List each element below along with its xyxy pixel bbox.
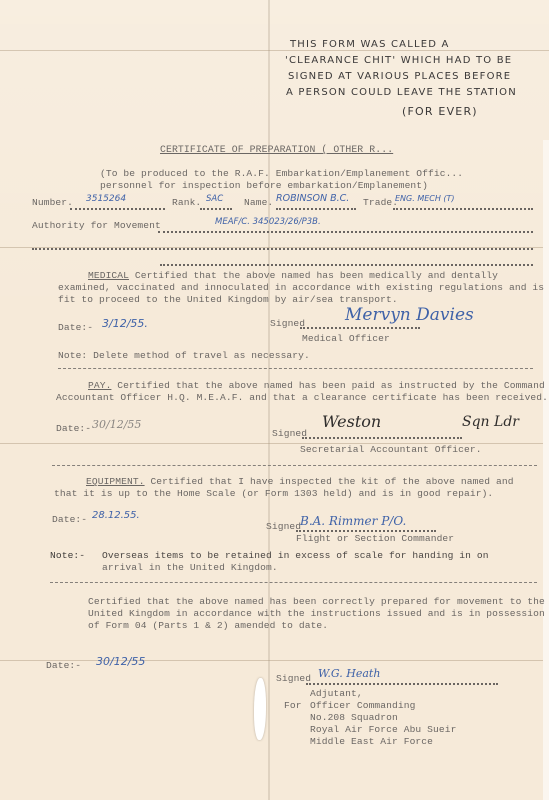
paper-edge [543, 140, 549, 800]
pay-line: Accountant Officer H.Q. M.E.A.F. and tha… [56, 392, 548, 403]
medical-date-label: Date:- [58, 322, 93, 333]
final-line: Certified that the above named has been … [88, 596, 545, 607]
trade-value: ENG. MECH (T) [395, 194, 455, 203]
medical-date-value: 3/12/55. [102, 317, 148, 330]
medical-role: Medical Officer [302, 333, 390, 344]
dotted-line [306, 683, 498, 685]
dotted-line [160, 264, 533, 266]
pay-heading: PAY. [88, 380, 111, 391]
pay-signature: Weston [322, 412, 381, 431]
for-label: For [284, 700, 302, 711]
equipment-paragraph: EQUIPMENT. Certified that I have inspect… [86, 476, 514, 487]
document-title: CERTIFICATE OF PREPARATION ( OTHER R... [160, 144, 393, 155]
name-label: Name. [244, 197, 273, 208]
subtitle-line: personnel for inspection before embarkat… [100, 180, 428, 191]
section-divider [58, 368, 533, 369]
section-divider [52, 465, 537, 466]
for-line: Middle East Air Force [310, 736, 433, 747]
paper-tear [254, 678, 266, 740]
pay-role: Secretarial Accountant Officer. [300, 444, 482, 455]
dotted-line [296, 530, 436, 532]
note-line: (FOR EVER) [402, 104, 478, 120]
medical-line: fit to proceed to the United Kingdom by … [58, 294, 398, 305]
equipment-date-value: 28.12.55. [92, 510, 140, 521]
name-value: ROBINSON B.C. [276, 193, 349, 204]
horizontal-fold-crease [0, 50, 549, 51]
medical-heading: MEDICAL [88, 270, 129, 281]
note-line: SIGNED AT VARIOUS PLACES BEFORE [288, 69, 511, 85]
medical-line: examined, vaccinated and innoculated in … [58, 282, 544, 293]
dotted-line [300, 327, 420, 329]
medical-note: Note: Delete method of travel as necessa… [58, 350, 310, 361]
final-line: of Form 04 (Parts 1 & 2) amended to date… [88, 620, 328, 631]
equipment-date-label: Date:- [52, 514, 87, 525]
note-line: A PERSON COULD LEAVE THE STATION [286, 85, 517, 101]
authority-value: MEAF/C. 345023/26/P3B. [215, 217, 321, 227]
final-role: Adjutant, [310, 688, 363, 699]
dotted-line [302, 437, 462, 439]
equipment-note-line: Overseas items to be retained in excess … [102, 550, 489, 561]
final-line: United Kingdom in accordance with the in… [88, 608, 545, 619]
equipment-note-label: Note:- [50, 550, 85, 561]
authority-label: Authority for Movement [32, 220, 161, 231]
for-line: No.208 Squadron [310, 712, 398, 723]
dotted-line [32, 248, 533, 250]
pay-paragraph: PAY. Certified that the above named has … [88, 380, 545, 391]
equipment-line: that it is up to the Home Scale (or Form… [54, 488, 493, 499]
equipment-role: Flight or Section Commander [296, 533, 454, 544]
rank-label: Rank. [172, 197, 201, 208]
note-line: 'CLEARANCE CHIT' WHICH HAD TO BE [285, 53, 512, 69]
number-label: Number. [32, 197, 73, 208]
dotted-line [70, 208, 165, 210]
rank-value: SAC [206, 194, 223, 204]
final-date-label: Date:- [46, 660, 81, 671]
pay-signature-rank: Sqn Ldr [462, 414, 519, 430]
section-divider [50, 582, 537, 583]
equipment-signature: B.A. Rimmer P/O. [300, 514, 406, 528]
final-signature: W.G. Heath [318, 667, 380, 680]
medical-paragraph: MEDICAL Certified that the above named h… [88, 270, 498, 281]
dotted-line [200, 208, 232, 210]
medical-signature: Mervyn Davies [345, 305, 474, 325]
pay-date-value: 30/12/55 [92, 418, 141, 431]
trade-label: Trade. [363, 197, 398, 208]
for-line: Officer Commanding [310, 700, 415, 711]
dotted-line [276, 208, 356, 210]
note-line: THIS FORM WAS CALLED A [290, 37, 450, 53]
subtitle-line: (To be produced to the R.A.F. Embarkatio… [100, 168, 463, 179]
dotted-line [158, 231, 533, 233]
dotted-line [393, 208, 533, 210]
equipment-heading: EQUIPMENT. [86, 476, 145, 487]
horizontal-fold-crease [0, 660, 549, 661]
equipment-note-line: arrival in the United Kingdom. [102, 562, 278, 573]
for-line: Royal Air Force Abu Sueir [310, 724, 456, 735]
service-number: 3515264 [86, 194, 126, 204]
pay-date-label: Date:- [56, 423, 91, 434]
final-date-value: 30/12/55 [96, 655, 145, 668]
